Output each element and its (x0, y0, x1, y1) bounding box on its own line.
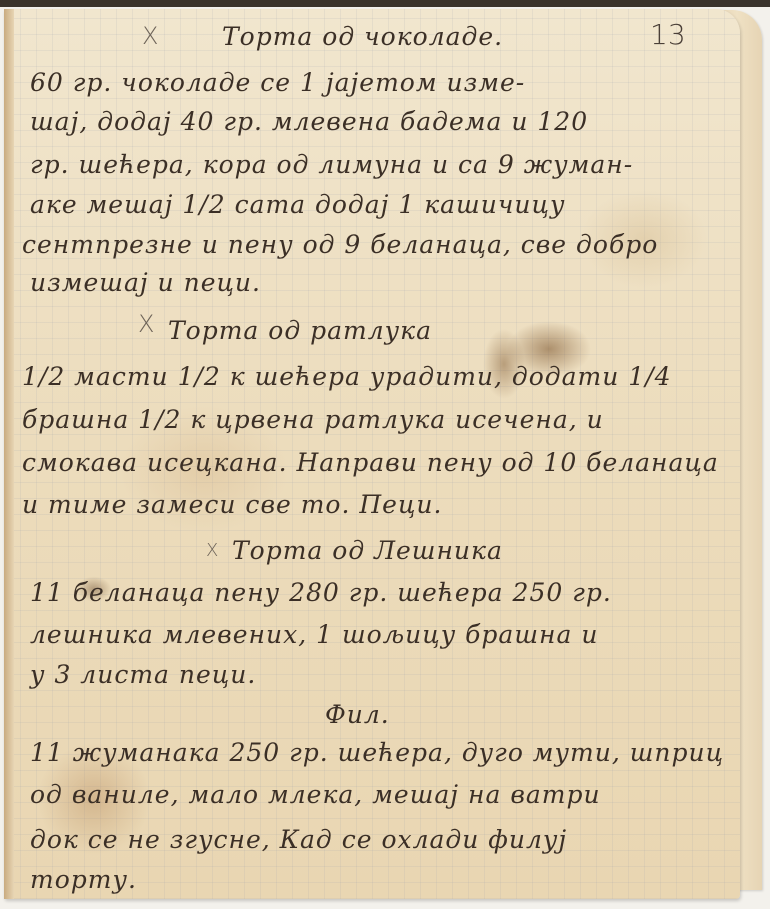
recipe-line: у 3 листа пеци. (30, 660, 256, 689)
recipe-line: и тиме замеси све то. Пеци. (22, 490, 442, 519)
margin-x-mark: X (142, 22, 158, 50)
recipe-line: брашна 1/2 к црвена ратлука исечена, и (22, 405, 604, 434)
scan-border (0, 0, 770, 7)
recipe-line: 11 беланаца пену 280 гр. шећера 250 гр. (30, 578, 612, 607)
recipe-line: гр. шећера, кора од лимуна и са 9 жуман- (30, 150, 633, 179)
recipe-title: Торта од чоколаде. (222, 22, 503, 51)
margin-x-mark: X (138, 310, 154, 338)
recipe-title: Торта од Лешника (232, 536, 503, 565)
page-number: 13 (650, 18, 686, 51)
recipe-line: торту. (30, 865, 137, 894)
page-binding-edge (4, 9, 14, 899)
recipe-line: 60 гр. чоколаде се 1 јајетом изме- (30, 68, 525, 97)
recipe-line: сентпрезне и пену од 9 беланаца, све доб… (22, 230, 658, 259)
recipe-title: Фил. (325, 700, 390, 729)
recipe-title: Торта од ратлука (168, 316, 432, 345)
recipe-line: смокава исецкана. Направи пену од 10 бел… (22, 448, 719, 477)
recipe-line: 11 жуманака 250 гр. шећера, дуго мути, ш… (30, 738, 724, 767)
recipe-line: лешника млевених, 1 шољицу брашна и (30, 620, 598, 649)
margin-x-mark: X (206, 540, 218, 561)
recipe-line: док се не згусне, Кад се охлади филуј (30, 825, 567, 854)
recipe-line: од ваниле, мало млека, мешај на ватри (30, 780, 601, 809)
recipe-line: 1/2 масти 1/2 к шећера урадити, додати 1… (22, 362, 672, 391)
recipe-line: аке мешај 1/2 сата додај 1 кашичицу (30, 190, 565, 219)
recipe-line: шај, додај 40 гр. млевена бадема и 120 (30, 107, 588, 136)
recipe-line: измешај и пеци. (30, 268, 261, 297)
